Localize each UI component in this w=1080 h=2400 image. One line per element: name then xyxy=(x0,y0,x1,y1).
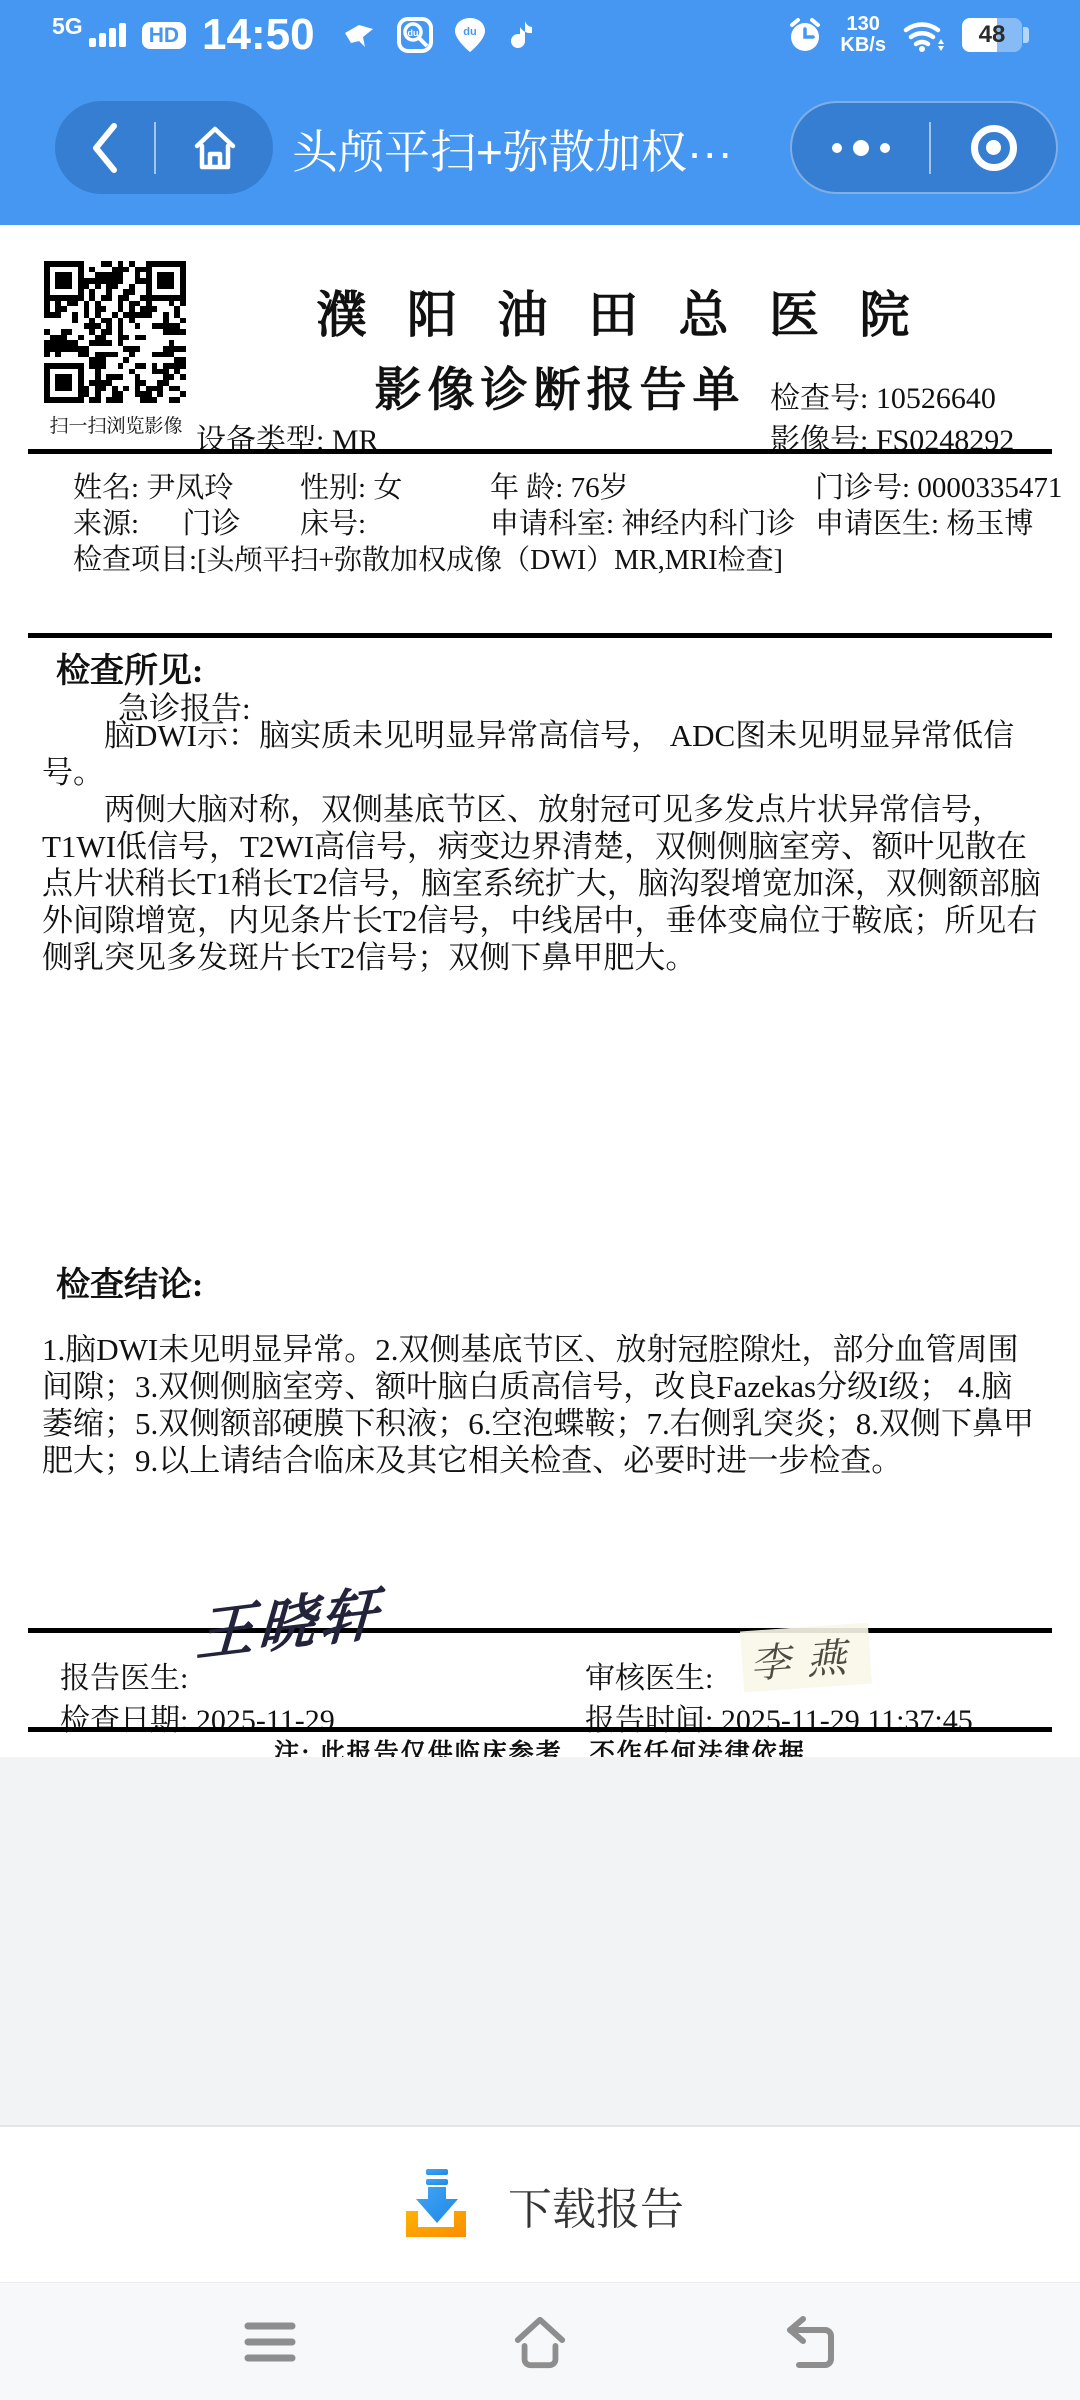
findings-paragraph-1: 脑DWI示：脑实质未见明显异常高信号， ADC图未见明显异常低信号。 xyxy=(42,717,1042,791)
download-icon xyxy=(396,2165,476,2245)
baidu-search-notification-icon: du xyxy=(397,17,433,53)
divider-rule xyxy=(28,449,1052,454)
findings-paragraph-2: 两侧大脑对称，双侧基底节区、放射冠可见多发点片状异常信号，T1WI低信号，T2W… xyxy=(42,791,1042,976)
clock-time: 14:50 xyxy=(202,10,315,60)
exam-item: 检查项目:[头颅平扫+弥散加权成像（DWI）MR,MRI检查] xyxy=(73,537,783,578)
page-title: 头颅平扫+弥散加权··· xyxy=(292,116,792,182)
baidu-map-pin-notification-icon: du xyxy=(453,16,487,54)
signal-strength-icon xyxy=(89,23,126,47)
wifi-icon xyxy=(902,17,946,53)
bed-number: 床号: xyxy=(300,501,366,542)
patient-source: 来源: 门诊 xyxy=(73,501,240,542)
bird-notification-icon xyxy=(341,17,377,53)
more-menu-icon[interactable] xyxy=(832,140,890,156)
douyin-note-notification-icon xyxy=(507,17,539,53)
qr-caption: 扫一扫浏览影像 xyxy=(26,411,206,438)
divider-rule xyxy=(28,1628,1052,1633)
back-arrow-icon xyxy=(783,2315,837,2369)
report-document: 扫一扫浏览影像 濮 阳 油 田 总 医 院 影像诊断报告单 检查号: 10526… xyxy=(0,225,1080,1757)
nav-left-pill xyxy=(55,101,273,194)
app-nav-bar: 头颅平扫+弥散加权··· xyxy=(0,70,1080,225)
patient-age: 年 龄: 76岁 xyxy=(490,465,629,506)
page-background-area xyxy=(0,1757,1080,2125)
back-button[interactable] xyxy=(782,2314,838,2370)
request-doctor: 申请医生: 杨玉博 xyxy=(815,501,1033,542)
status-bar: 5G HD 14:50 du du xyxy=(0,0,1080,70)
findings-text: 脑DWI示：脑实质未见明显异常高信号， ADC图未见明显异常低信号。 两侧大脑对… xyxy=(42,717,1042,976)
review-doctor-label: 审核医生: xyxy=(585,1653,713,1697)
network-type-label: 5G xyxy=(52,13,83,40)
back-icon[interactable] xyxy=(90,122,120,174)
battery-indicator: 48 xyxy=(962,18,1022,52)
svg-text:du: du xyxy=(463,26,476,38)
exit-target-icon[interactable] xyxy=(971,125,1017,171)
alarm-clock-icon xyxy=(786,16,824,54)
download-report-button[interactable]: 下载报告 xyxy=(0,2125,1080,2282)
network-speed: 130 KB/s xyxy=(840,14,886,56)
hospital-name: 濮 阳 油 田 总 医 院 xyxy=(190,275,1050,347)
hd-badge: HD xyxy=(142,22,186,49)
battery-percent: 48 xyxy=(962,21,1022,49)
home-button[interactable] xyxy=(512,2314,568,2370)
outpatient-number: 门诊号: 0000335471 xyxy=(815,465,1062,506)
patient-name: 姓名: 尹凤玲 xyxy=(73,465,233,506)
capsule-divider xyxy=(929,122,931,174)
download-label: 下载报告 xyxy=(508,2173,684,2237)
home-icon[interactable] xyxy=(191,124,239,172)
conclusion-heading: 检查结论: xyxy=(56,1257,203,1306)
home-outline-icon xyxy=(512,2314,568,2370)
divider-rule xyxy=(28,633,1052,638)
request-department: 申请科室: 神经内科门诊 xyxy=(490,501,795,542)
conclusion-text: 1.脑DWI未见明显异常。2.双侧基底节区、放射冠腔隙灶，部分血管周围间隙；3.… xyxy=(42,1331,1042,1479)
system-navigation-bar xyxy=(0,2282,1080,2400)
exam-number: 检查号: 10526640 xyxy=(770,373,996,417)
qr-code xyxy=(44,261,186,403)
menu-icon xyxy=(244,2318,296,2366)
report-doctor-label: 报告医生: xyxy=(60,1653,188,1697)
review-doctor-signature: 李燕 xyxy=(740,1623,872,1693)
report-doctor-signature: 王晓轩 xyxy=(194,1565,383,1673)
patient-gender: 性别: 女 xyxy=(300,465,402,506)
divider-rule xyxy=(28,1727,1052,1732)
miniprogram-capsule xyxy=(790,101,1058,194)
recents-button[interactable] xyxy=(242,2314,298,2370)
svg-text:du: du xyxy=(407,28,418,38)
pill-divider xyxy=(154,122,156,174)
